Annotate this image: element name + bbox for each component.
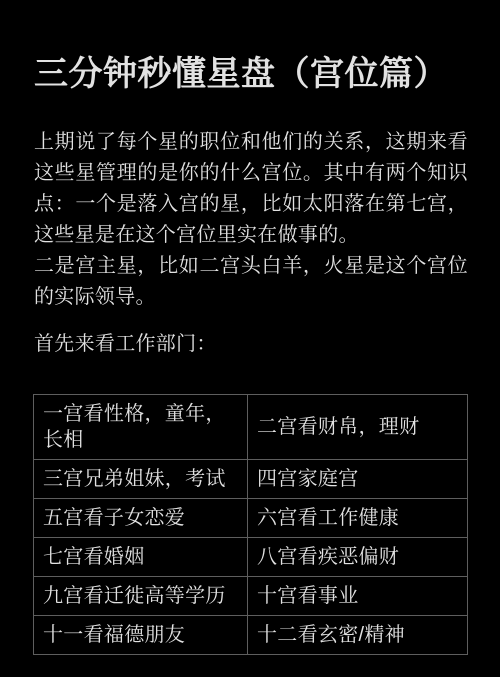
house-cell-7: 七宫看婚姻	[34, 537, 248, 576]
table-row: 三宫兄弟姐妹，考试 四宫家庭宫	[34, 459, 468, 498]
lead-in-text: 首先来看工作部门：	[34, 329, 468, 360]
house-cell-4: 四宫家庭宫	[248, 459, 468, 498]
house-cell-9: 九宫看迁徙高等学历	[34, 576, 248, 615]
house-cell-1: 一宫看性格，童年，长相	[34, 394, 248, 459]
houses-table-body: 一宫看性格，童年，长相 二宫看财帛，理财 三宫兄弟姐妹，考试 四宫家庭宫 五宫看…	[34, 394, 468, 654]
table-row: 九宫看迁徙高等学历 十宫看事业	[34, 576, 468, 615]
house-cell-8: 八宫看疾恶偏财	[248, 537, 468, 576]
table-row: 七宫看婚姻 八宫看疾恶偏财	[34, 537, 468, 576]
knowledge-card: 三分钟秒懂星盘（宫位篇） 上期说了每个星的职位和他们的关系，这期来看这些星管理的…	[0, 0, 500, 677]
intro-paragraph: 上期说了每个星的职位和他们的关系，这期来看这些星管理的是你的什么宫位。其中有两个…	[34, 127, 468, 251]
house-cell-2: 二宫看财帛，理财	[248, 394, 468, 459]
house-cell-3: 三宫兄弟姐妹，考试	[34, 459, 248, 498]
table-row: 十一看福德朋友 十二看玄密/精神	[34, 615, 468, 654]
page-title: 三分钟秒懂星盘（宫位篇）	[34, 54, 468, 95]
table-row: 一宫看性格，童年，长相 二宫看财帛，理财	[34, 394, 468, 459]
house-cell-5: 五宫看子女恋爱	[34, 498, 248, 537]
house-cell-6: 六宫看工作健康	[248, 498, 468, 537]
house-cell-11: 十一看福德朋友	[34, 615, 248, 654]
houses-table: 一宫看性格，童年，长相 二宫看财帛，理财 三宫兄弟姐妹，考试 四宫家庭宫 五宫看…	[33, 394, 468, 655]
house-cell-10: 十宫看事业	[248, 576, 468, 615]
table-row: 五宫看子女恋爱 六宫看工作健康	[34, 498, 468, 537]
ruler-paragraph: 二是宫主星，比如二宫头白羊，火星是这个宫位的实际领导。	[34, 251, 468, 313]
house-cell-12: 十二看玄密/精神	[248, 615, 468, 654]
